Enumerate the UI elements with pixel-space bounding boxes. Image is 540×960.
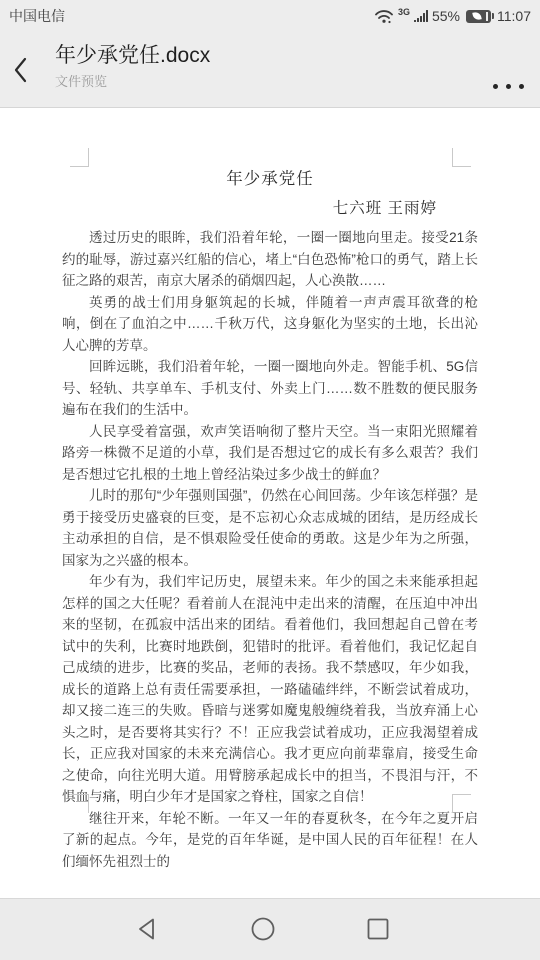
page-corner-mark-top-right	[452, 148, 471, 167]
status-bar: 中国电信 3G 55% 11:07	[0, 0, 540, 32]
chevron-left-icon	[12, 56, 28, 84]
doc-paragraph: 人民享受着富强，欢声笑语响彻了整片天空。当一束阳光照耀着路旁一株微不足道的小草，…	[62, 421, 478, 486]
file-preview-subtitle: 文件预览	[55, 74, 210, 89]
nav-back-button[interactable]	[135, 916, 161, 942]
carrier-label: 中国电信	[9, 6, 65, 26]
network-type-badge: 3G	[398, 7, 410, 17]
page-corner-mark-top-left	[70, 148, 89, 167]
doc-paragraph: 年少有为，我们牢记历史，展望未来。年少的国之未来能承担起怎样的国之大任呢？看着前…	[62, 571, 478, 808]
document-preview-area[interactable]: 年少承党任 七六班 王雨婷 透过历史的眼眸，我们沿着年轮，一圈一圈地向里走。接受…	[0, 108, 540, 898]
doc-paragraph: 继往开来，年轮不断。一年又一年的春夏秋冬，在今年之夏开启了新的起点。今年，是党的…	[62, 808, 478, 873]
clock-label: 11:07	[497, 8, 531, 24]
battery-percent-label: 55%	[432, 8, 460, 24]
doc-paragraph: 回眸远眺，我们沿着年轮，一圈一圈地向外走。智能手机、5G信号、轻轨、共享单车、手…	[62, 356, 478, 421]
circle-home-icon	[250, 916, 276, 942]
ellipsis-icon	[519, 84, 524, 89]
square-recents-icon	[365, 916, 391, 942]
ellipsis-icon	[506, 84, 511, 89]
status-bar-right: 3G 55% 11:07	[374, 8, 531, 24]
triangle-back-icon	[135, 916, 161, 942]
page-corner-mark-bottom-right	[452, 794, 471, 813]
nav-home-button[interactable]	[250, 916, 276, 942]
doc-paragraph: 透过历史的眼眸，我们沿着年轮，一圈一圈地向里走。接受21条约的耻辱，游过嘉兴红船…	[62, 227, 478, 292]
document-title: 年少承党任	[62, 170, 478, 189]
app-header: 年少承党任.docx 文件预览	[0, 32, 540, 108]
more-options-button[interactable]	[493, 84, 524, 89]
ellipsis-icon	[493, 84, 498, 89]
phone-screen: 中国电信 3G 55% 11:07 年少承党	[0, 0, 540, 960]
document-byline: 七六班 王雨婷	[62, 200, 478, 217]
signal-strength-icon	[414, 10, 428, 22]
battery-icon	[466, 10, 491, 23]
page-corner-mark-bottom-left	[70, 794, 89, 813]
doc-paragraphs: 透过历史的眼眸，我们沿着年轮，一圈一圈地向里走。接受21条约的耻辱，游过嘉兴红船…	[62, 227, 478, 872]
file-name-title: 年少承党任.docx	[55, 43, 210, 69]
header-title-block: 年少承党任.docx 文件预览	[55, 43, 210, 89]
document-page: 年少承党任 七六班 王雨婷 透过历史的眼眸，我们沿着年轮，一圈一圈地向里走。接受…	[62, 170, 478, 872]
doc-paragraph: 英勇的战士们用身躯筑起的长城，伴随着一声声震耳欲聋的枪响，倒在了血泊之中……千秋…	[62, 292, 478, 357]
wifi-icon	[374, 9, 394, 24]
doc-paragraph: 儿时的那句“少年强则国强”，仍然在心间回荡。少年该怎样强？是勇于接受历史盛衰的巨…	[62, 485, 478, 571]
back-button[interactable]	[12, 56, 36, 86]
nav-recents-button[interactable]	[365, 916, 391, 942]
android-nav-bar	[0, 898, 540, 960]
